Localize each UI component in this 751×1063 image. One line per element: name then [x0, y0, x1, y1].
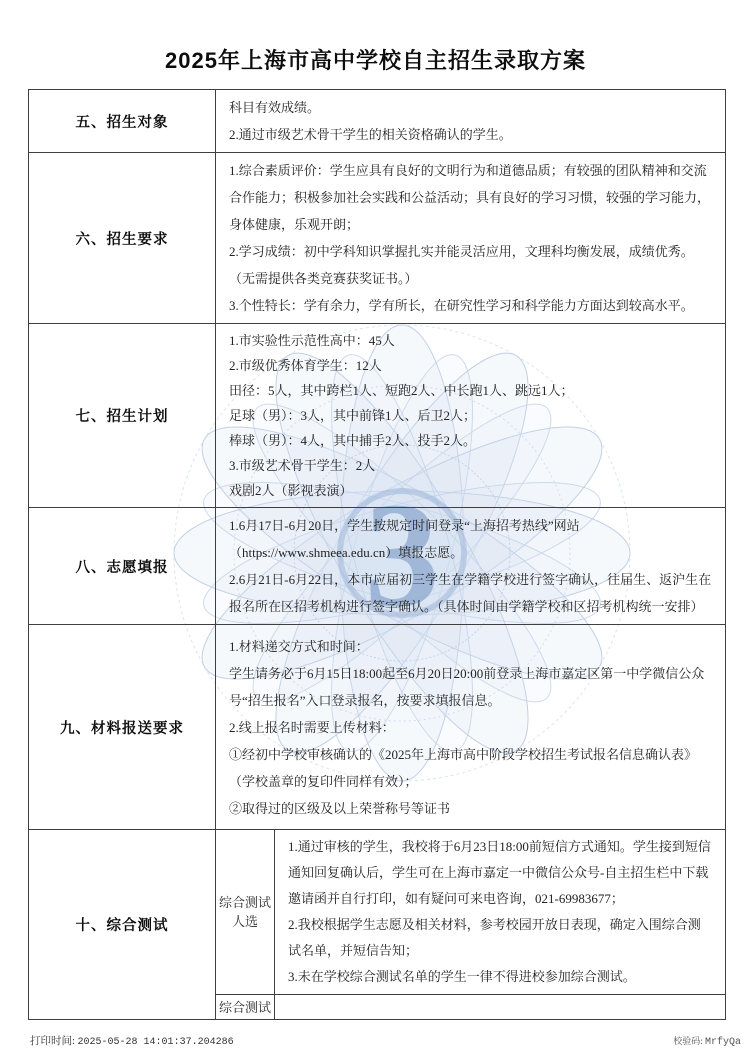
cell-enrollment-requirements: 1.综合素质评价：学生应具有良好的文明行为和道德品质；有较强的团队精神和交流合作… — [216, 153, 726, 324]
table-row-comprehensive-test-candidates: 十、综合测试 综合测试人选 1.通过审核的学生，我校将于6月23日18:00前短… — [29, 830, 726, 995]
text-line: 科目有效成绩。 — [229, 94, 713, 121]
text-line: 1.材料递交方式和时间： — [229, 633, 713, 660]
text-line: ②取得过的区级及以上荣誉称号等证书 — [229, 795, 713, 822]
cell-test-candidates: 1.通过审核的学生，我校将于6月23日18:00前短信方式通知。学生接到短信通知… — [275, 830, 726, 995]
row-header-enrollment-target: 五、招生对象 — [29, 90, 216, 153]
table-row-enrollment-target: 五、招生对象 科目有效成绩。 2.通过市级艺术骨干学生的相关资格确认的学生。 — [29, 90, 726, 153]
text-line: 2.通过市级艺术骨干学生的相关资格确认的学生。 — [229, 121, 713, 148]
print-time-value: 2025-05-28 14:01:37.204286 — [78, 1037, 234, 1048]
cell-comprehensive-test-empty — [275, 995, 726, 1020]
cell-application: 1.6月17日-6月20日，学生按规定时间登录“上海招考热线”网站 （https… — [216, 508, 726, 625]
page-footer: 打印时间: 2025-05-28 14:01:37.204286 校验码: Mr… — [30, 1033, 741, 1048]
text-line: 1.6月17日-6月20日，学生按规定时间登录“上海招考热线”网站 — [229, 512, 713, 539]
cell-enrollment-target: 科目有效成绩。 2.通过市级艺术骨干学生的相关资格确认的学生。 — [216, 90, 726, 153]
text-line: 田径：5人，其中跨栏1人、短跑2人、中长跑1人、跳远1人； — [229, 378, 713, 403]
text-line: 1.通过审核的学生，我校将于6月23日18:00前短信方式通知。学生接到短信通知… — [288, 834, 713, 912]
page-title: 2025年上海市高中学校自主招生录取方案 — [0, 44, 751, 75]
table-row-enrollment-plan: 七、招生计划 1.市实验性示范性高中：45人 2.市级优秀体育学生：12人 田径… — [29, 324, 726, 508]
text-line-url: （https://www.shmeea.edu.cn）填报志愿。 — [229, 539, 713, 566]
text-line: 3.未在学校综合测试名单的学生一律不得进校参加综合测试。 — [288, 964, 713, 990]
text-line: 足球（男）：3人，其中前锋1人、后卫2人； — [229, 403, 713, 428]
text-line: 2.我校根据学生志愿及相关材料，参考校园开放日表现，确定入围综合测试名单，并短信… — [288, 912, 713, 964]
checksum-value: MrfyQa — [705, 1037, 741, 1048]
row-header-materials: 九、材料报送要求 — [29, 625, 216, 830]
text-line: 1.市实验性示范性高中：45人 — [229, 328, 713, 353]
row-header-enrollment-requirements: 六、招生要求 — [29, 153, 216, 324]
text-line: 棒球（男）：4人，其中捕手2人、投手2人。 — [229, 428, 713, 453]
table-row-enrollment-requirements: 六、招生要求 1.综合素质评价：学生应具有良好的文明行为和道德品质；有较强的团队… — [29, 153, 726, 324]
sublabel-comprehensive-test: 综合测试 — [216, 995, 275, 1020]
text-line: 2.线上报名时需要上传材料： — [229, 714, 713, 741]
document-page: 3 2025年上海市高中学校自主招生录取方案 五、招生对象 科目有效成绩。 2.… — [0, 0, 751, 1063]
text-line: 2.6月21日-6月22日，本市应届初三学生在学籍学校进行签字确认，往届生、返沪… — [229, 566, 713, 620]
cell-materials: 1.材料递交方式和时间： 学生请务必于6月15日18:00起至6月20日20:0… — [216, 625, 726, 830]
admission-plan-table: 五、招生对象 科目有效成绩。 2.通过市级艺术骨干学生的相关资格确认的学生。 六… — [28, 89, 726, 1020]
row-header-application: 八、志愿填报 — [29, 508, 216, 625]
text-line: 3.市级艺术骨干学生：2人 — [229, 453, 713, 478]
text-line: 2.市级优秀体育学生：12人 — [229, 353, 713, 378]
checksum-label: 校验码: — [673, 1036, 703, 1046]
print-time: 打印时间: 2025-05-28 14:01:37.204286 — [30, 1033, 234, 1048]
print-time-label: 打印时间: — [30, 1036, 75, 1047]
text-line: 2.学习成绩：初中学科知识掌握扎实并能灵活应用，文理科均衡发展，成绩优秀。（无需… — [229, 238, 713, 292]
text-line: 3.个性特长：学有余力，学有所长，在研究性学习和科学能力方面达到较高水平。 — [229, 292, 713, 319]
cell-enrollment-plan: 1.市实验性示范性高中：45人 2.市级优秀体育学生：12人 田径：5人，其中跨… — [216, 324, 726, 508]
text-line: ①经初中学校审核确认的《2025年上海市高中阶段学校招生考试报名信息确认表》（学… — [229, 741, 713, 795]
row-header-enrollment-plan: 七、招生计划 — [29, 324, 216, 508]
text-line: 学生请务必于6月15日18:00起至6月20日20:00前登录上海市嘉定区第一中… — [229, 660, 713, 714]
text-line: 戏剧2人（影视表演） — [229, 478, 713, 503]
sublabel-test-candidates: 综合测试人选 — [216, 830, 275, 995]
table-row-application: 八、志愿填报 1.6月17日-6月20日，学生按规定时间登录“上海招考热线”网站… — [29, 508, 726, 625]
table-row-materials: 九、材料报送要求 1.材料递交方式和时间： 学生请务必于6月15日18:00起至… — [29, 625, 726, 830]
row-header-comprehensive-test: 十、综合测试 — [29, 830, 216, 1020]
checksum: 校验码: MrfyQa — [673, 1034, 741, 1048]
text-line: 1.综合素质评价：学生应具有良好的文明行为和道德品质；有较强的团队精神和交流合作… — [229, 157, 713, 238]
